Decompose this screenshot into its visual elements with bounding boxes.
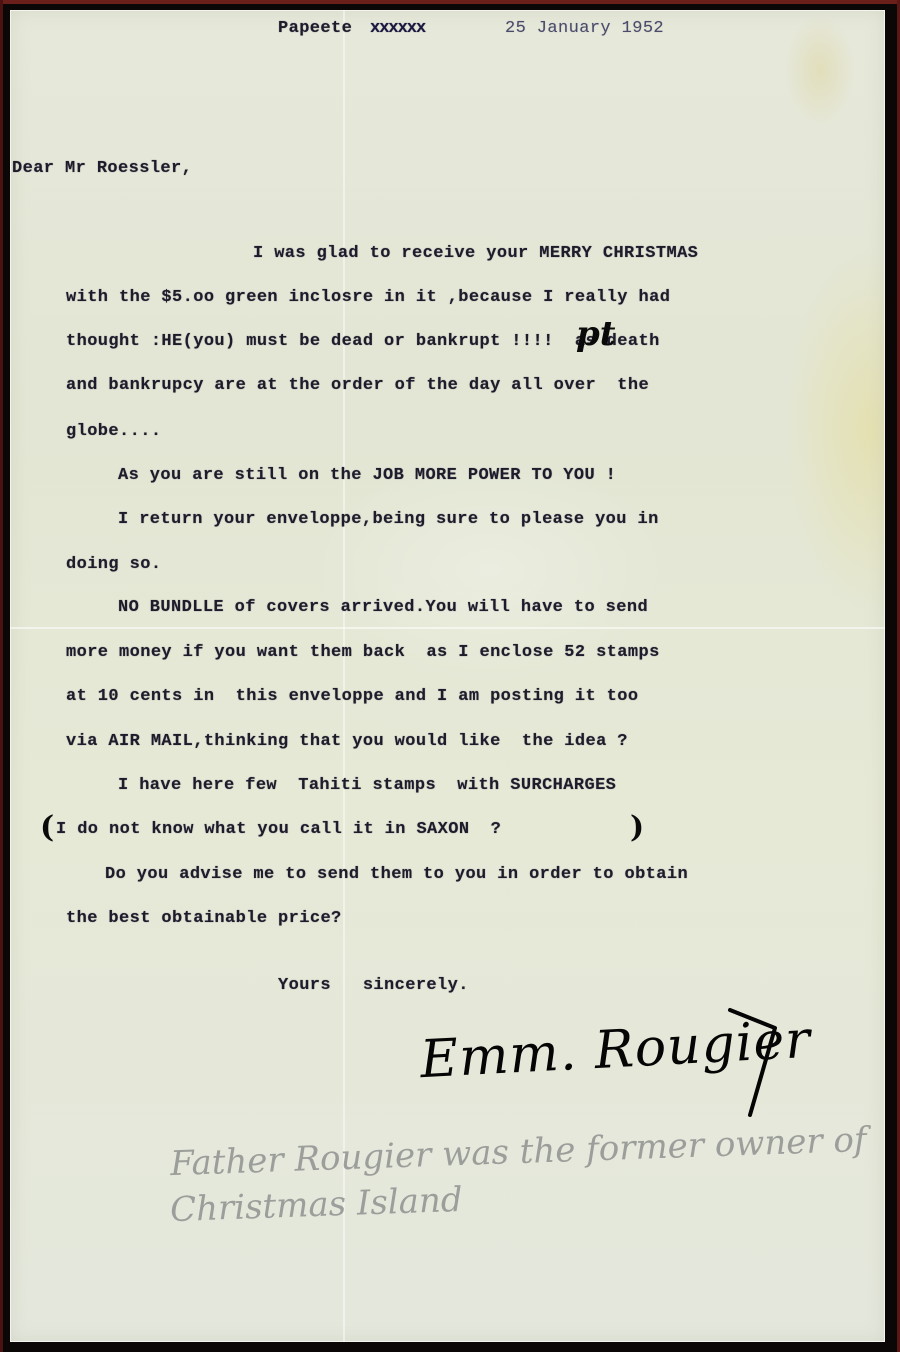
body-line: with the $5.oo green inclosre in it ,bec… <box>66 289 670 306</box>
body-line: I was glad to receive your MERRY CHRISTM… <box>253 245 698 262</box>
pen-paren-close: ) <box>630 810 644 845</box>
body-line: I do not know what you call it in SAXON … <box>56 821 512 838</box>
closing: Yours sincerely. <box>278 977 469 994</box>
body-line: doing so. <box>66 556 161 573</box>
body-line: Do you advise me to send them to you in … <box>105 866 688 883</box>
salutation: Dear Mr Roessler, <box>12 160 192 177</box>
body-line: I return your enveloppe,being sure to pl… <box>118 511 659 528</box>
signature: Emm. Rougier <box>420 1010 820 1140</box>
body-line: As you are still on the JOB MORE POWER T… <box>118 467 616 484</box>
annotation-line: Christmas Island <box>169 1180 463 1230</box>
pen-paren-open: ( <box>40 810 54 845</box>
body-line: I have here few Tahiti stamps with SURCH… <box>118 777 616 794</box>
body-line: more money if you want them back as I en… <box>66 644 660 661</box>
frame-left-edge <box>0 0 3 1352</box>
header-place: Papeete <box>278 20 352 37</box>
pen-correction-mark: pt <box>576 314 615 354</box>
signature-bracket-stroke <box>720 1000 800 1130</box>
body-line: and bankrupcy are at the order of the da… <box>66 377 649 394</box>
header-struck-text: xxxxxx <box>370 20 425 37</box>
body-line: thought :HE(you) must be dead or bankrup… <box>66 333 660 350</box>
body-line: NO BUNDLLE of covers arrived.You will ha… <box>118 599 648 616</box>
frame-top-edge <box>0 0 900 4</box>
body-line: via AIR MAIL,thinking that you would lik… <box>66 733 628 750</box>
header-date: 25 January 1952 <box>505 20 664 37</box>
letter-paper: Papeete xxxxxx 25 January 1952 Dear Mr R… <box>10 10 885 1342</box>
body-line: globe.... <box>66 423 161 440</box>
body-line: the best obtainable price? <box>66 910 342 927</box>
body-line: at 10 cents in this enveloppe and I am p… <box>66 688 639 705</box>
